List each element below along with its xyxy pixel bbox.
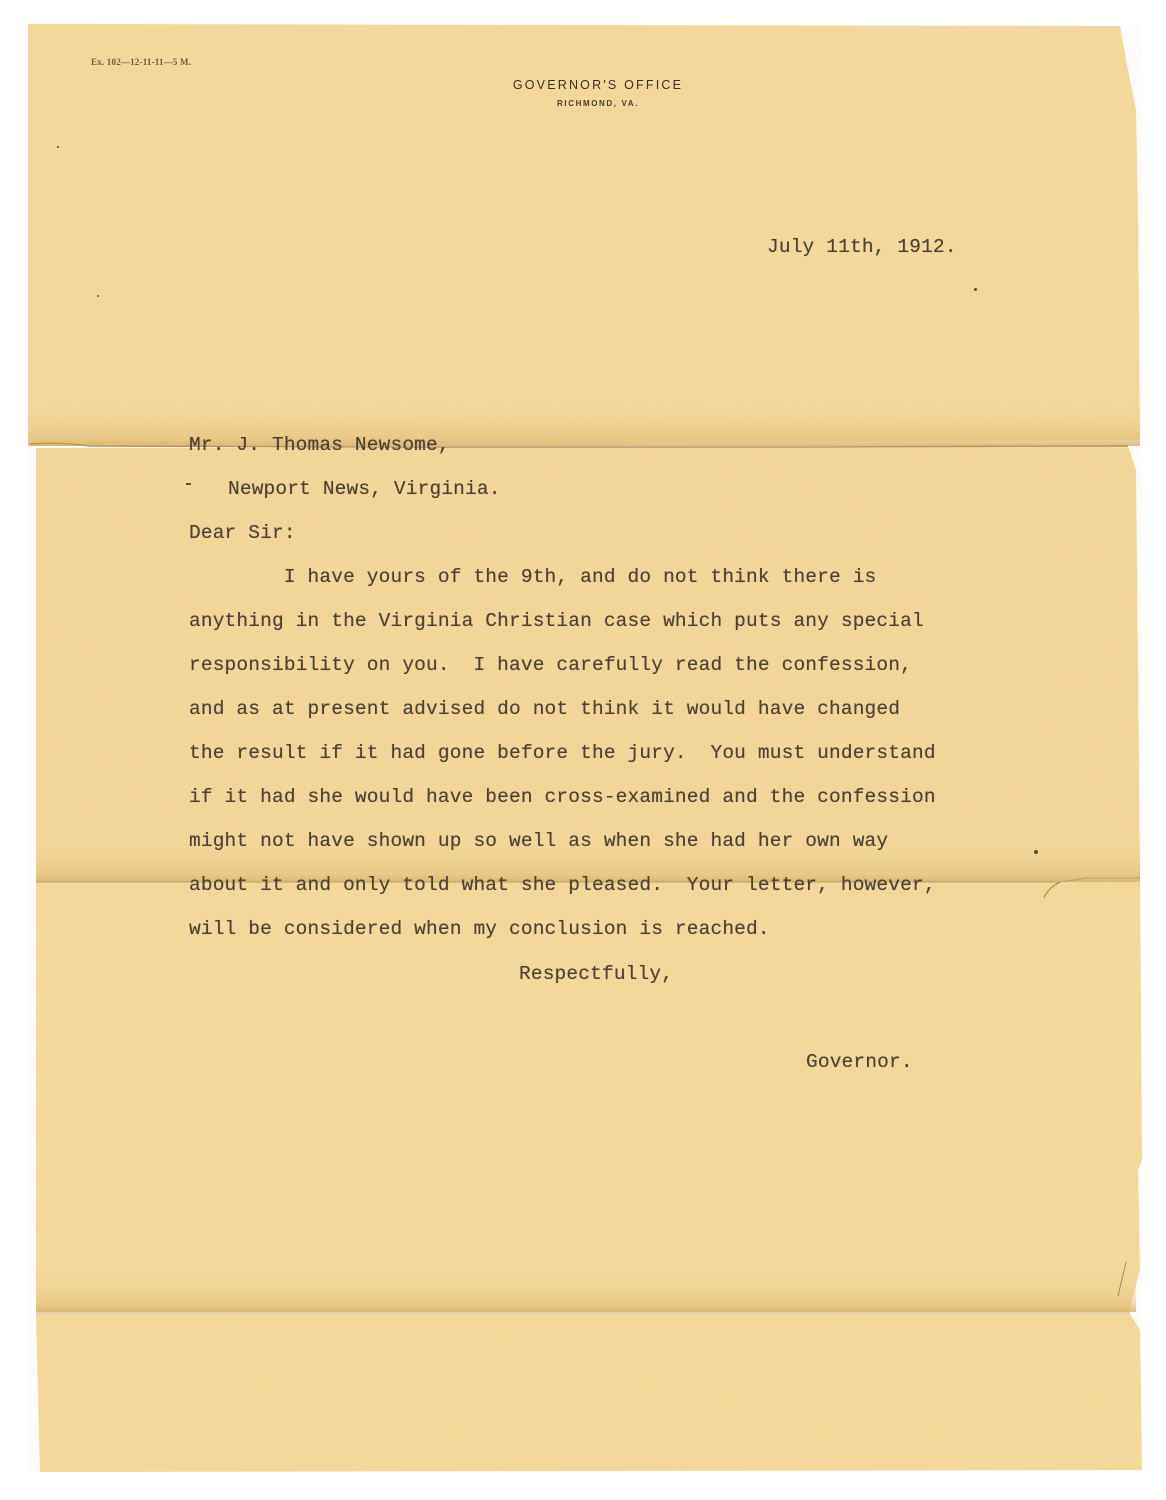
form-number: Ex. 102—12-11-11—5 M. bbox=[91, 57, 191, 67]
recipient-name: Mr. J. Thomas Newsome, bbox=[189, 434, 450, 456]
letterhead-title: GOVERNOR'S OFFICE bbox=[420, 78, 776, 92]
body-line: will be considered when my conclusion is… bbox=[189, 918, 770, 940]
letterhead-location: RICHMOND, VA. bbox=[420, 99, 776, 108]
letter-content: Ex. 102—12-11-11—5 M. GOVERNOR'S OFFICE … bbox=[0, 0, 1166, 1500]
body-line: anything in the Virginia Christian case … bbox=[189, 610, 924, 632]
closing: Respectfully, bbox=[519, 963, 673, 985]
signature-title: Governor. bbox=[806, 1051, 913, 1073]
recipient-city: Newport News, Virginia. bbox=[228, 478, 501, 500]
body-line: I have yours of the 9th, and do not thin… bbox=[189, 566, 876, 588]
body-line: and as at present advised do not think i… bbox=[189, 698, 900, 720]
body-line: if it had she would have been cross-exam… bbox=[189, 786, 936, 808]
body-line: about it and only told what she pleased.… bbox=[189, 874, 936, 896]
body-line: responsibility on you. I have carefully … bbox=[189, 654, 912, 676]
body-line: might not have shown up so well as when … bbox=[189, 830, 888, 852]
salutation: Dear Sir: bbox=[189, 522, 296, 544]
letter-date: July 11th, 1912. bbox=[767, 236, 957, 258]
body-line: the result if it had gone before the jur… bbox=[189, 742, 936, 764]
